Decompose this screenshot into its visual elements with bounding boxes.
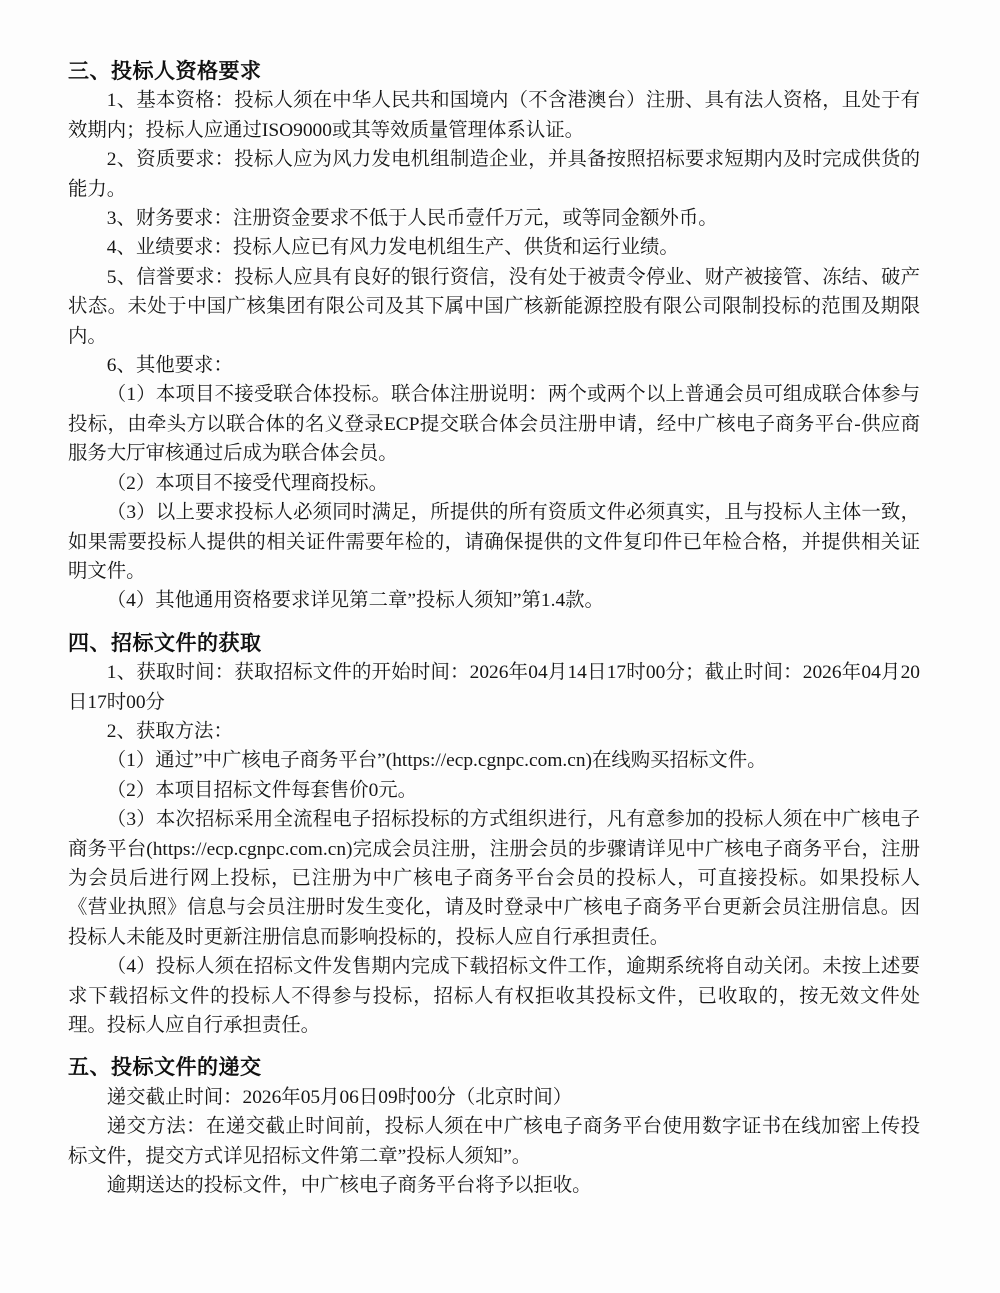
paragraph: 2、资质要求：投标人应为风力发电机组制造企业，并具备按照招标要求短期内及时完成供… bbox=[68, 145, 920, 204]
paragraph: 逾期送达的投标文件，中广核电子商务平台将予以拒收。 bbox=[68, 1171, 920, 1200]
paragraph: 1、获取时间：获取招标文件的开始时间：2026年04月14日17时00分；截止时… bbox=[68, 658, 920, 717]
paragraph: （3）以上要求投标人必须同时满足，所提供的所有资质文件必须真实，且与投标人主体一… bbox=[68, 498, 920, 586]
document-page: 三、投标人资格要求1、基本资格：投标人须在中华人民共和国境内（不含港澳台）注册、… bbox=[0, 0, 1000, 1293]
section-1: 三、投标人资格要求1、基本资格：投标人须在中华人民共和国境内（不含港澳台）注册、… bbox=[68, 57, 920, 616]
paragraph: 递交截止时间：2026年05月06日09时00分（北京时间） bbox=[68, 1083, 920, 1112]
section-2: 四、招标文件的获取1、获取时间：获取招标文件的开始时间：2026年04月14日1… bbox=[68, 629, 920, 1041]
section-heading: 三、投标人资格要求 bbox=[68, 57, 920, 86]
paragraph: （3）本次招标采用全流程电子招标投标的方式组织进行，凡有意参加的投标人须在中广核… bbox=[68, 805, 920, 952]
paragraph: （1）通过”中广核电子商务平台”(https://ecp.cgnpc.com.c… bbox=[68, 746, 920, 775]
section-heading: 五、投标文件的递交 bbox=[68, 1053, 920, 1082]
paragraph: （2）本项目招标文件每套售价0元。 bbox=[68, 776, 920, 805]
paragraph: 2、获取方法： bbox=[68, 717, 920, 746]
section-heading: 四、招标文件的获取 bbox=[68, 629, 920, 658]
paragraph: 1、基本资格：投标人须在中华人民共和国境内（不含港澳台）注册、具有法人资格，且处… bbox=[68, 86, 920, 145]
paragraph: 递交方法：在递交截止时间前，投标人须在中广核电子商务平台使用数字证书在线加密上传… bbox=[68, 1112, 920, 1171]
paragraph: 3、财务要求：注册资金要求不低于人民币壹仟万元，或等同金额外币。 bbox=[68, 204, 920, 233]
section-3: 五、投标文件的递交递交截止时间：2026年05月06日09时00分（北京时间）递… bbox=[68, 1053, 920, 1200]
paragraph: （2）本项目不接受代理商投标。 bbox=[68, 469, 920, 498]
paragraph: 5、信誉要求：投标人应具有良好的银行资信，没有处于被责令停业、财产被接管、冻结、… bbox=[68, 263, 920, 351]
paragraph: 4、业绩要求：投标人应已有风力发电机组生产、供货和运行业绩。 bbox=[68, 233, 920, 262]
paragraph: 6、其他要求： bbox=[68, 351, 920, 380]
paragraph: （1）本项目不接受联合体投标。联合体注册说明：两个或两个以上普通会员可组成联合体… bbox=[68, 380, 920, 468]
paragraph: （4）投标人须在招标文件发售期内完成下载招标文件工作，逾期系统将自动关闭。未按上… bbox=[68, 952, 920, 1040]
paragraph: （4）其他通用资格要求详见第二章”投标人须知”第1.4款。 bbox=[68, 586, 920, 615]
